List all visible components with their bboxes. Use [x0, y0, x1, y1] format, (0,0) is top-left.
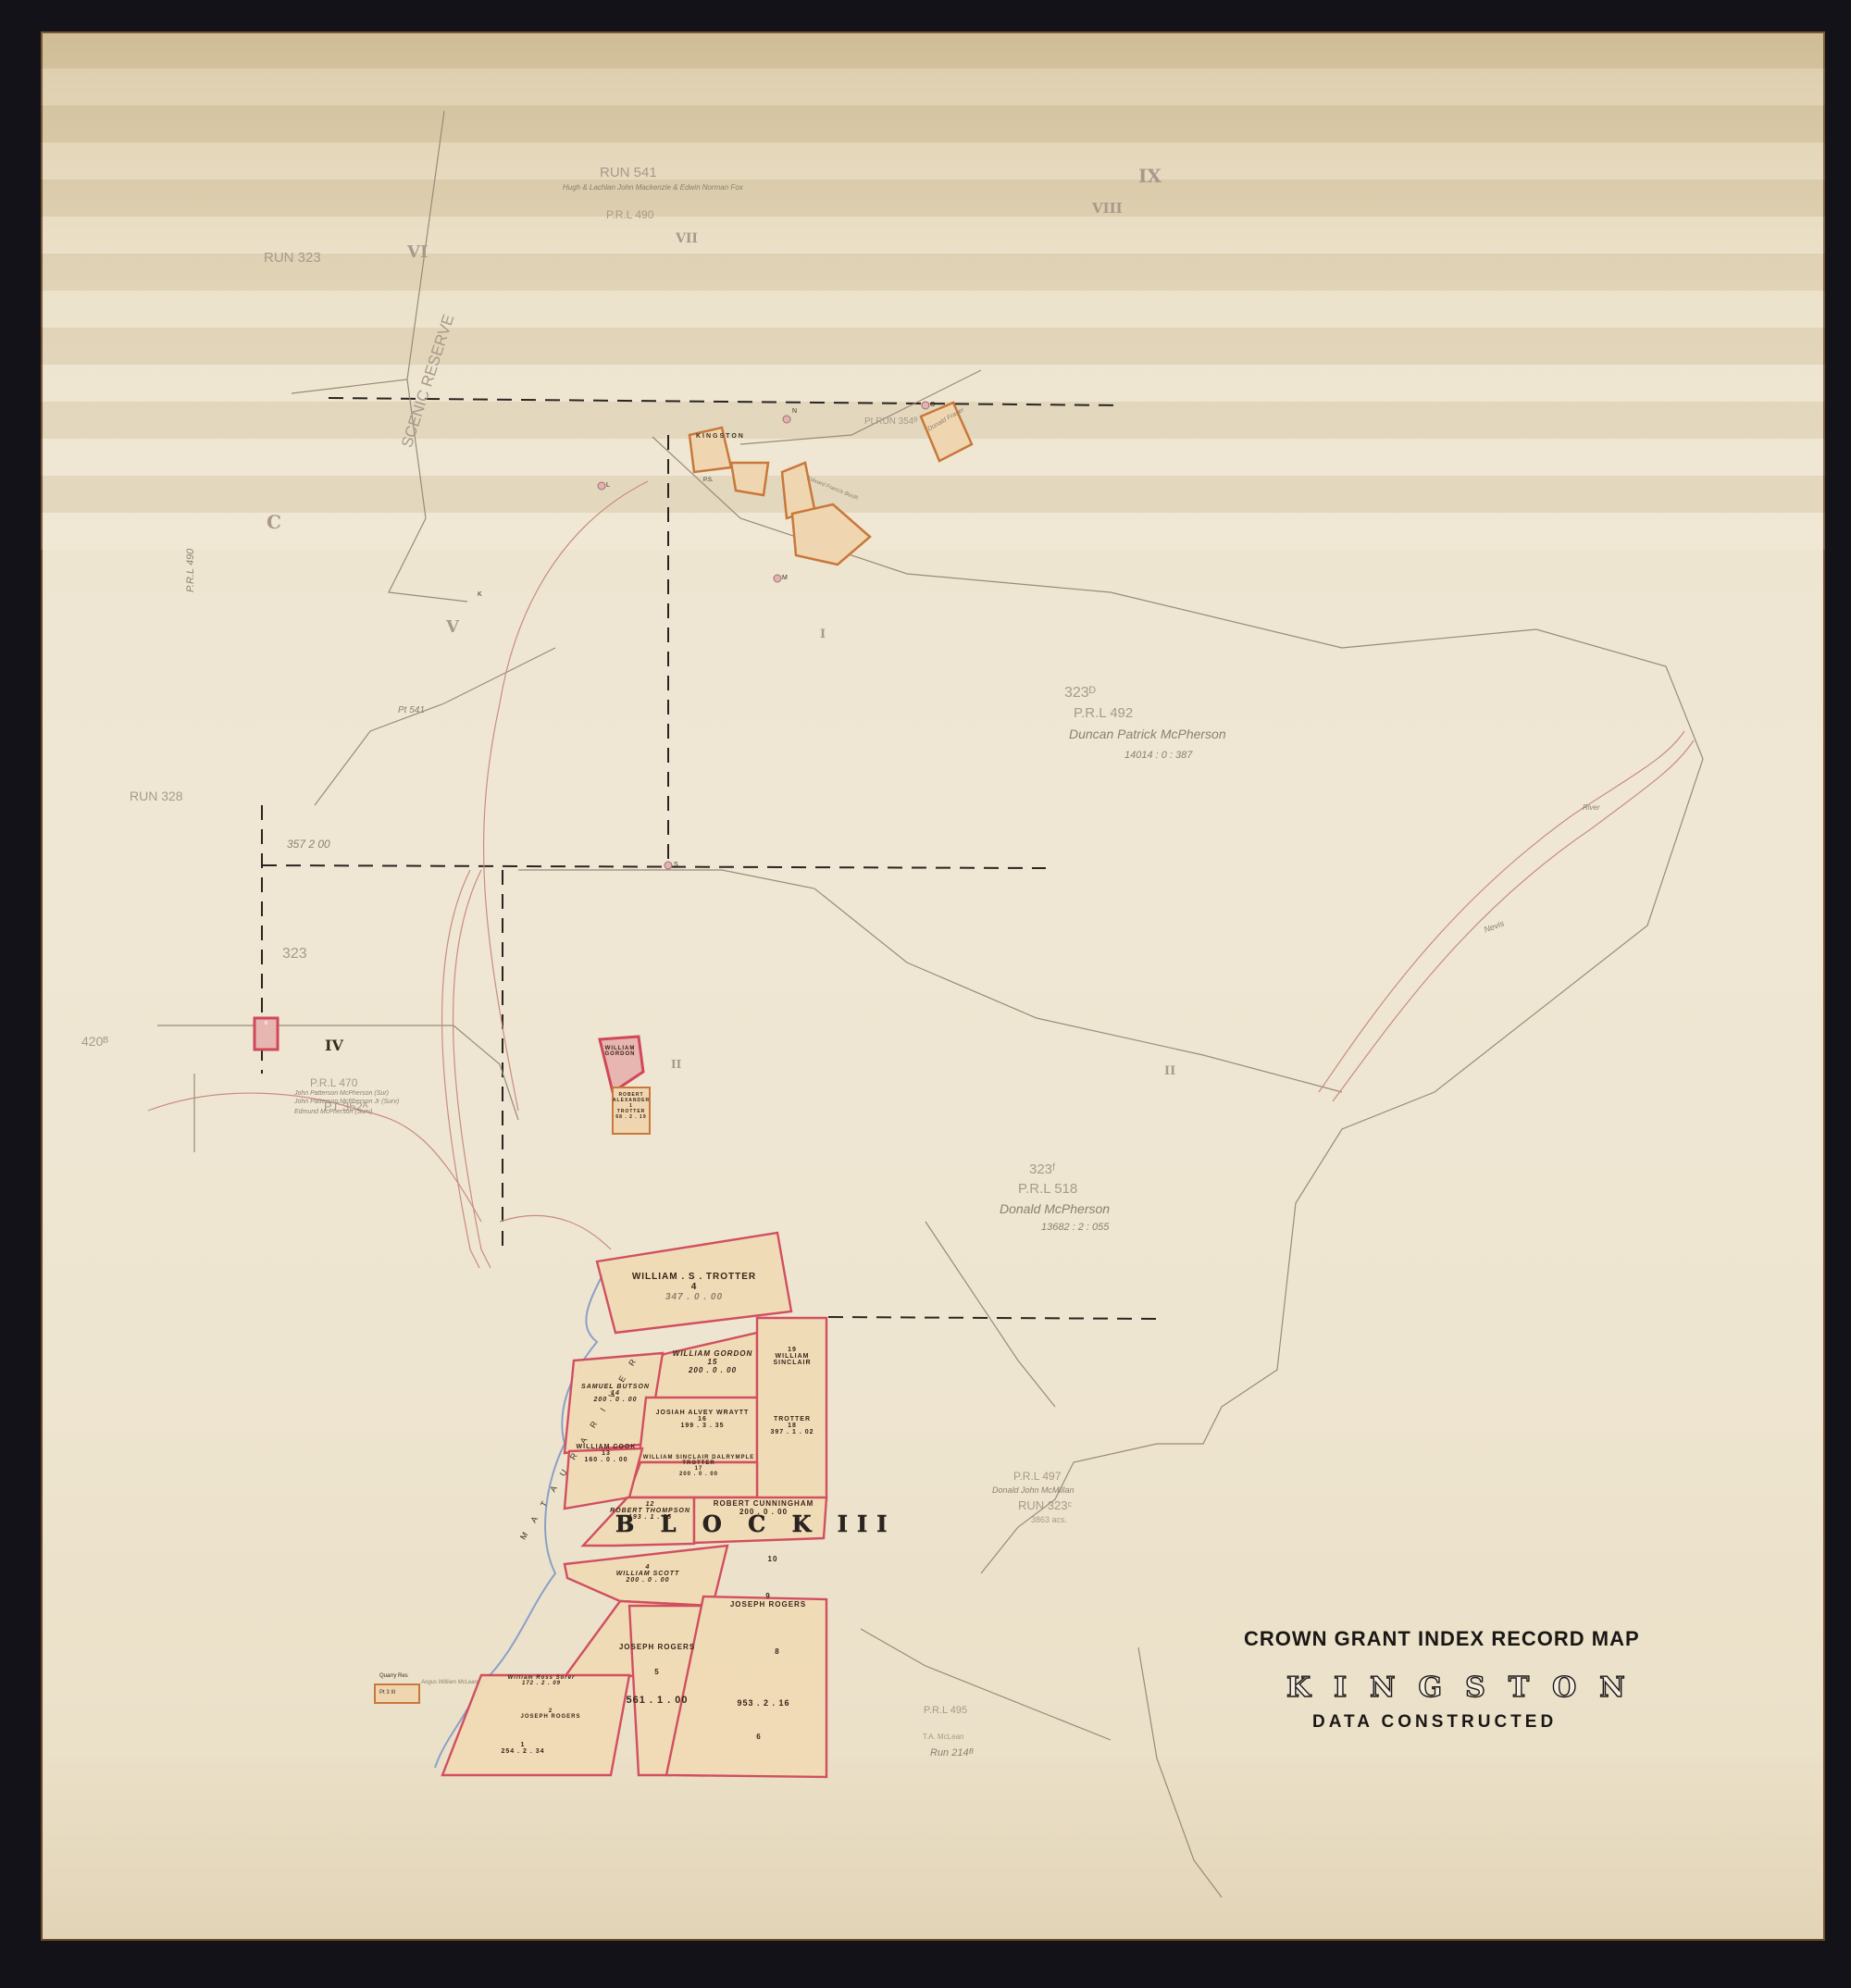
parcel-area: 561 . 1 . 00 — [606, 1695, 708, 1706]
prl-492-label: P.R.L 492 — [1074, 705, 1133, 721]
ps-label: P.S. — [703, 478, 714, 483]
parcel-1: 1 254 . 2 . 34 — [491, 1742, 555, 1755]
station-s: S — [674, 862, 678, 868]
parcel-id: 1 — [491, 1742, 555, 1748]
prl-490-top: P.R.L 490 — [606, 208, 653, 221]
run-323d-label: 323ᴰ — [1064, 685, 1096, 702]
prl-470-owner-3: Edmund McPherson (Surv) — [294, 1109, 372, 1115]
district-roman-ii: II — [1164, 1064, 1175, 1078]
parcel-16-wraytt: JOSIAH ALVEY WRAYTT 16 199 . 3 . 35 — [648, 1410, 757, 1429]
parcel-15-gordon: WILLIAM GORDON 15 200 . 0 . 00 — [666, 1349, 759, 1374]
map-place-name: KINGSTON — [1286, 1671, 1648, 1704]
district-v: V — [446, 617, 459, 637]
parcel-7: 6 953 . 2 . 16 — [722, 1689, 805, 1708]
district-iv: IV — [325, 1037, 343, 1054]
run-323-label: RUN 323 — [264, 250, 321, 266]
prl-495-label: P.R.L 495 — [924, 1705, 967, 1716]
parcel-owner: TROTTER — [759, 1416, 826, 1423]
parcel-6: 6 — [745, 1733, 773, 1741]
station-k: K — [478, 591, 482, 598]
parcel-id: 18 — [759, 1423, 826, 1429]
parcel-8: 8 — [764, 1647, 791, 1656]
parcel-owner: SAMUEL BUTSON — [574, 1384, 657, 1390]
map-title: CROWN GRANT INDEX RECORD MAP — [1244, 1627, 1640, 1651]
parcel-id: 8 — [764, 1647, 791, 1656]
parcel-id: 6 — [745, 1733, 773, 1741]
quarry-label: Quarry Res — [379, 1673, 408, 1679]
parcel-9-rogers: 9 JOSEPH ROGERS — [717, 1592, 819, 1609]
pt-323-area: 357 2 00 — [287, 838, 330, 851]
parcel-17-dalrymple: WILLIAM SINCLAIR DALRYMPLE TROTTER 17 20… — [639, 1455, 759, 1477]
parcel-id: 14 — [574, 1390, 657, 1397]
parcel-19-sinclair: I 19 WILLIAM SINCLAIR — [759, 1340, 826, 1366]
parcel-id: 15 — [666, 1358, 759, 1366]
pt-run-354b-label: Pt RUN 354ᴮ — [864, 416, 918, 427]
district-viii: VIII — [1092, 200, 1123, 217]
parcel-owner: JOSEPH ROGERS — [606, 1643, 708, 1651]
parcel-area: 172 . 2 . 09 — [500, 1681, 583, 1686]
parcel-owner: JOSEPH ROGERS — [717, 1600, 819, 1609]
parcel-13-cook: WILLIAM COOK 13 160 . 0 . 00 — [569, 1444, 643, 1463]
parcel-10: 10 — [759, 1555, 787, 1563]
station-l: L — [606, 482, 610, 489]
quarry-owner: Angus William McLean — [421, 1680, 478, 1685]
parcel-id: 6 — [255, 1021, 278, 1026]
parcel-14-butson: SAMUEL BUTSON 14 200 . 0 . 00 — [574, 1384, 657, 1403]
run-541-owners: Hugh & Lachlan John Mackenzie & Edwin No… — [563, 183, 743, 192]
parcel-owner: JOSEPH ROGERS — [481, 1714, 620, 1720]
parcel-owner: WILLIAM COOK — [569, 1444, 643, 1450]
parcel-id: 9 — [717, 1592, 819, 1600]
parcel-id: 4 — [611, 1282, 777, 1292]
district-ix: IX — [1138, 165, 1162, 187]
parcel-area: 160 . 0 . 00 — [569, 1457, 643, 1463]
prl-470-label: P.R.L 470 — [310, 1076, 357, 1089]
prl-490-side: P.R.L 490 — [185, 549, 196, 592]
run-323c-area: 3863 acs. — [1031, 1515, 1067, 1524]
run-323c-label: RUN 323ᶜ — [1018, 1498, 1072, 1512]
run-323f-label: 323ᶠ — [1029, 1162, 1055, 1177]
block-iii-label: B L O C K III — [615, 1510, 896, 1537]
prl-518-area: 13682 : 2 : 055 — [1041, 1222, 1109, 1233]
parcel-id: 10 — [759, 1555, 787, 1563]
river-label: River — [1583, 803, 1600, 812]
parcel-id: 12 — [606, 1501, 694, 1508]
parcel-4-trotter: WILLIAM . S . TROTTER 4 347 . 0 . 00 — [611, 1272, 777, 1302]
parcel-3-sorer: William Ross Sorer 172 . 2 . 09 — [500, 1675, 583, 1686]
prl-518-owner: Donald McPherson — [1000, 1201, 1110, 1216]
parcel-id: 13 — [569, 1450, 643, 1457]
run-214b-label: Run 214ᴮ — [930, 1747, 974, 1758]
prl-470-owner-1: John Patterson McPherson (Sur) — [294, 1090, 389, 1097]
station-m: M — [782, 575, 788, 581]
parcel-4-scott: 4 WILLIAM SCOTT 200 . 0 . 00 — [592, 1564, 703, 1584]
parcel-owner: WILLIAM SINCLAIR — [759, 1353, 826, 1366]
parcel-owner: ROBERT CUNNINGHAM — [703, 1499, 824, 1508]
parcel-area: 200 . 0 . 00 — [592, 1577, 703, 1584]
parcel-owner: WILLIAM GORDON — [666, 1349, 759, 1358]
parcel-area: 199 . 3 . 35 — [648, 1423, 757, 1429]
district-vi: VI — [407, 242, 428, 262]
prl-492-area: 14014 : 0 : 387 — [1124, 750, 1192, 761]
parcel-owner: WILLIAM SINCLAIR DALRYMPLE TROTTER — [639, 1455, 759, 1466]
parcel-id: 19 — [759, 1347, 826, 1353]
parcel-id: 4 — [592, 1564, 703, 1571]
kingston-town-label: KINGSTON — [696, 433, 745, 440]
run-323-mid: 323 — [282, 946, 307, 963]
parcel-area: 68 . 2 . 19 — [611, 1114, 652, 1120]
prl-497-owner: Donald John McMillan — [992, 1485, 1075, 1495]
station-o: O — [930, 402, 935, 408]
parcel-owner: WILLIAM . S . TROTTER — [611, 1272, 777, 1282]
parcel-area: 200 . 0 . 00 — [574, 1397, 657, 1403]
parcel-owner: WILLIAM SCOTT — [592, 1571, 703, 1577]
parcel-owner: GORDON — [600, 1051, 640, 1057]
district-c: C — [267, 511, 281, 533]
prl-492-owner: Duncan Patrick McPherson — [1069, 727, 1226, 741]
parcel-id: 16 — [648, 1416, 757, 1423]
parcel-id: 5 — [606, 1668, 708, 1676]
station-n: N — [792, 408, 797, 415]
parcel-owner: ROBERT ALEXANDER — [611, 1092, 652, 1103]
parcel-area: 953 . 2 . 16 — [722, 1698, 805, 1708]
parcel-5-rogers: JOSEPH ROGERS 5 561 . 1 . 00 — [606, 1643, 708, 1706]
district-vii: VII — [676, 231, 698, 246]
run-328-label: RUN 328 — [130, 789, 183, 803]
parcel-18-trotter: TROTTER 18 397 . 1 . 02 — [759, 1416, 826, 1435]
parcel-area: 347 . 0 . 00 — [611, 1292, 777, 1302]
parcel-area: 254 . 2 . 34 — [491, 1748, 555, 1755]
ws-trotter-parcel: 6 — [255, 1021, 278, 1026]
parcel-area: 200 . 0 . 00 — [639, 1472, 759, 1477]
parcel-area: 397 . 1 . 02 — [759, 1429, 826, 1435]
pt-541-label: Pt 541 — [398, 705, 425, 715]
map-subtitle: DATA CONSTRUCTED — [1312, 1712, 1557, 1733]
prl-495-owner: T.A. McLean — [923, 1733, 963, 1741]
parcel-2-rogers: 2 JOSEPH ROGERS — [481, 1708, 620, 1720]
district-i: I — [820, 627, 826, 641]
ra-trotter-parcel: ROBERT ALEXANDER 1 TROTTER 68 . 2 . 19 — [611, 1092, 652, 1120]
run-420b-label: 420ᴮ — [81, 1034, 108, 1049]
parcel-area: 200 . 0 . 00 — [666, 1366, 759, 1374]
district-ii-small: II — [671, 1058, 681, 1071]
parcel-owner: JOSIAH ALVEY WRAYTT — [648, 1410, 757, 1416]
quarry-pt: Pt 3 III — [379, 1690, 395, 1696]
prl-497-label: P.R.L 497 — [1013, 1470, 1061, 1483]
run-541-label: RUN 541 — [600, 165, 657, 180]
prl-518-label: P.R.L 518 — [1018, 1181, 1077, 1197]
w-gordon-parcel: WILLIAM GORDON — [600, 1046, 640, 1057]
